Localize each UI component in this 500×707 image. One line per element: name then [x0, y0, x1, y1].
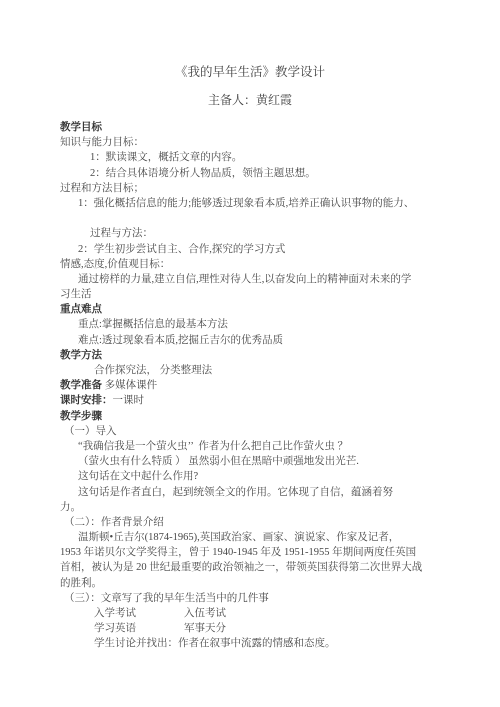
doc-line-25: 这句话是作者直白，起到统领全文的作用。它体现了自信，蕴涵着努	[60, 485, 450, 500]
doc-text-segment: 入伍考试	[184, 608, 226, 619]
doc-text-segment: 知识与能力目标：	[60, 137, 144, 148]
doc-text-segment: 重点:掌握概括信息的最基本方法	[78, 319, 228, 330]
document-page: 《我的早年生活》教学设计 主备人：黄红霞 教学目标知识与能力目标：1：默读课文，…	[0, 0, 500, 707]
doc-line-23: （萤火虫有什么特质 ） 虽然弱小但在黑暗中顽强地发出光芒.	[60, 454, 450, 469]
doc-text-segment: （一）导入	[64, 426, 117, 437]
doc-text-segment: 1953 年诺贝尔文学奖得主，曾于 1940-1945 年及 1951-1955…	[60, 547, 416, 558]
doc-text-segment: 合作探究法， 分类整理法	[94, 365, 212, 376]
doc-text-segment: 习生活	[60, 289, 92, 300]
doc-text-segment: 过程和方法目标；	[60, 183, 144, 194]
doc-line-12: 习生活	[60, 287, 450, 302]
doc-line-35: 学生讨论并找出：作者在叙事中流露的情感和态度。	[60, 636, 450, 651]
doc-text-segment: 1：默读课文，概括文章的内容。	[90, 152, 242, 163]
doc-line-20: 教学步骤	[60, 409, 450, 424]
doc-text-segment: 学习英语	[94, 621, 184, 636]
doc-text-segment: 的胜利。	[60, 578, 102, 589]
doc-line-29: 1953 年诺贝尔文学奖得主，曾于 1940-1945 年及 1951-1955…	[60, 545, 450, 560]
doc-line-19: 课时安排：一课时	[60, 393, 450, 408]
doc-line-8: 过程与方法：	[60, 226, 450, 241]
doc-text-segment: 情感,态度,价值观目标：	[60, 259, 170, 270]
doc-text-segment: 这句话是作者直白，起到统领全文的作用。它体现了自信，蕴涵着努	[78, 487, 393, 498]
doc-line-33: 入学考试入伍考试	[60, 606, 450, 621]
document-body: 教学目标知识与能力目标：1：默读课文，概括文章的内容。2：结合具体语境分析人物品…	[60, 120, 450, 652]
doc-text-segment: 2：结合具体语境分析人物品质，领悟主题思想。	[90, 168, 316, 179]
document-author-line: 主备人：黄红霞	[0, 94, 500, 107]
doc-line-7	[60, 211, 450, 226]
doc-line-17: 合作探究法， 分类整理法	[60, 363, 450, 378]
doc-line-26: 力。	[60, 500, 450, 515]
doc-line-11: 通过榜样的力量,建立自信,理性对待人生,以奋发向上的精神面对未来的学	[60, 272, 450, 287]
doc-text-segment: 课时安排：	[60, 395, 113, 406]
doc-line-1: 教学目标	[60, 120, 450, 135]
doc-line-10: 情感,态度,价值观目标：	[60, 257, 450, 272]
doc-text-segment: 一课时	[113, 395, 145, 406]
doc-text-segment: （萤火虫有什么特质 ） 虽然弱小但在黑暗中顽强地发出光芒.	[78, 456, 359, 467]
doc-text-segment: （二）：作者背景介绍	[64, 517, 164, 528]
doc-line-24: 这句话在文中起什么作用?	[60, 469, 450, 484]
doc-line-6: 1：强化概括信息的能力;能够透过现象看本质,培养正确认识事物的能力、	[60, 196, 450, 211]
doc-text-segment: 温斯顿•丘吉尔(1874-1965),英国政治家、画家、演说家、作家及记者，	[78, 532, 399, 543]
doc-text-segment: 1：强化概括信息的能力;能够透过现象看本质,培养正确认识事物的能力、	[78, 198, 414, 209]
doc-text-segment: 这句话在文中起什么作用?	[78, 471, 198, 482]
doc-text-segment: （三）：文章写了我的早年生活当中的几件事	[64, 593, 269, 604]
doc-text-segment: 通过榜样的力量,建立自信,理性对待人生,以奋发向上的精神面对未来的学	[78, 274, 411, 285]
doc-line-31: 的胜利。	[60, 576, 450, 591]
doc-line-21: （一）导入	[60, 424, 450, 439]
doc-text-segment: 教学步骤	[60, 411, 102, 422]
doc-text-segment: 多媒体课件	[102, 380, 157, 391]
doc-line-16: 教学方法	[60, 348, 450, 363]
doc-line-14: 重点:掌握概括信息的最基本方法	[60, 317, 450, 332]
doc-text-segment: “我确信我是一个萤火虫’’ 作者为什么把自己比作萤火虫 ？	[78, 441, 348, 452]
doc-line-30: 首相，被认为是 20 世纪最重要的政治领袖之一，带领英国获得第二次世界大战	[60, 560, 450, 575]
doc-line-15: 难点:透过现象看本质,挖掘丘吉尔的优秀品质	[60, 333, 450, 348]
doc-line-28: 温斯顿•丘吉尔(1874-1965),英国政治家、画家、演说家、作家及记者，	[60, 530, 450, 545]
doc-text-segment: 力。	[60, 502, 81, 513]
doc-line-27: （二）：作者背景介绍	[60, 515, 450, 530]
doc-line-13: 重点难点	[60, 302, 450, 317]
doc-text-segment: 教学目标	[60, 122, 102, 133]
doc-line-18: 教学准备 多媒体课件	[60, 378, 450, 393]
doc-line-3: 1：默读课文，概括文章的内容。	[60, 150, 450, 165]
doc-text-segment: 入学考试	[94, 606, 184, 621]
doc-text-segment: 过程与方法：	[90, 228, 153, 239]
doc-text-segment: 重点难点	[60, 304, 102, 315]
doc-line-22: “我确信我是一个萤火虫’’ 作者为什么把自己比作萤火虫 ？	[60, 439, 450, 454]
doc-text-segment: 2：学生初步尝试自主、合作,探究的学习方式	[78, 244, 285, 255]
doc-line-4: 2：结合具体语境分析人物品质，领悟主题思想。	[60, 166, 450, 181]
doc-text-segment: 难点:透过现象看本质,挖掘丘吉尔的优秀品质	[78, 335, 283, 346]
doc-line-5: 过程和方法目标；	[60, 181, 450, 196]
document-title: 《我的早年生活》教学设计	[0, 65, 500, 79]
doc-text-segment: 学生讨论并找出：作者在叙事中流露的情感和态度。	[94, 638, 336, 649]
doc-line-34: 学习英语军事天分	[60, 621, 450, 636]
doc-text-segment: 教学方法	[60, 350, 102, 361]
doc-text-segment: 首相，被认为是 20 世纪最重要的政治领袖之一，带领英国获得第二次世界大战	[60, 562, 422, 573]
doc-line-2: 知识与能力目标：	[60, 135, 450, 150]
doc-line-9: 2：学生初步尝试自主、合作,探究的学习方式	[60, 242, 450, 257]
doc-text-segment: 军事天分	[184, 623, 226, 634]
doc-line-32: （三）：文章写了我的早年生活当中的几件事	[60, 591, 450, 606]
doc-text-segment: 教学准备	[60, 380, 102, 391]
document-viewer: { "document": { "title": "《我的早年生活》教学设计",…	[0, 0, 500, 707]
